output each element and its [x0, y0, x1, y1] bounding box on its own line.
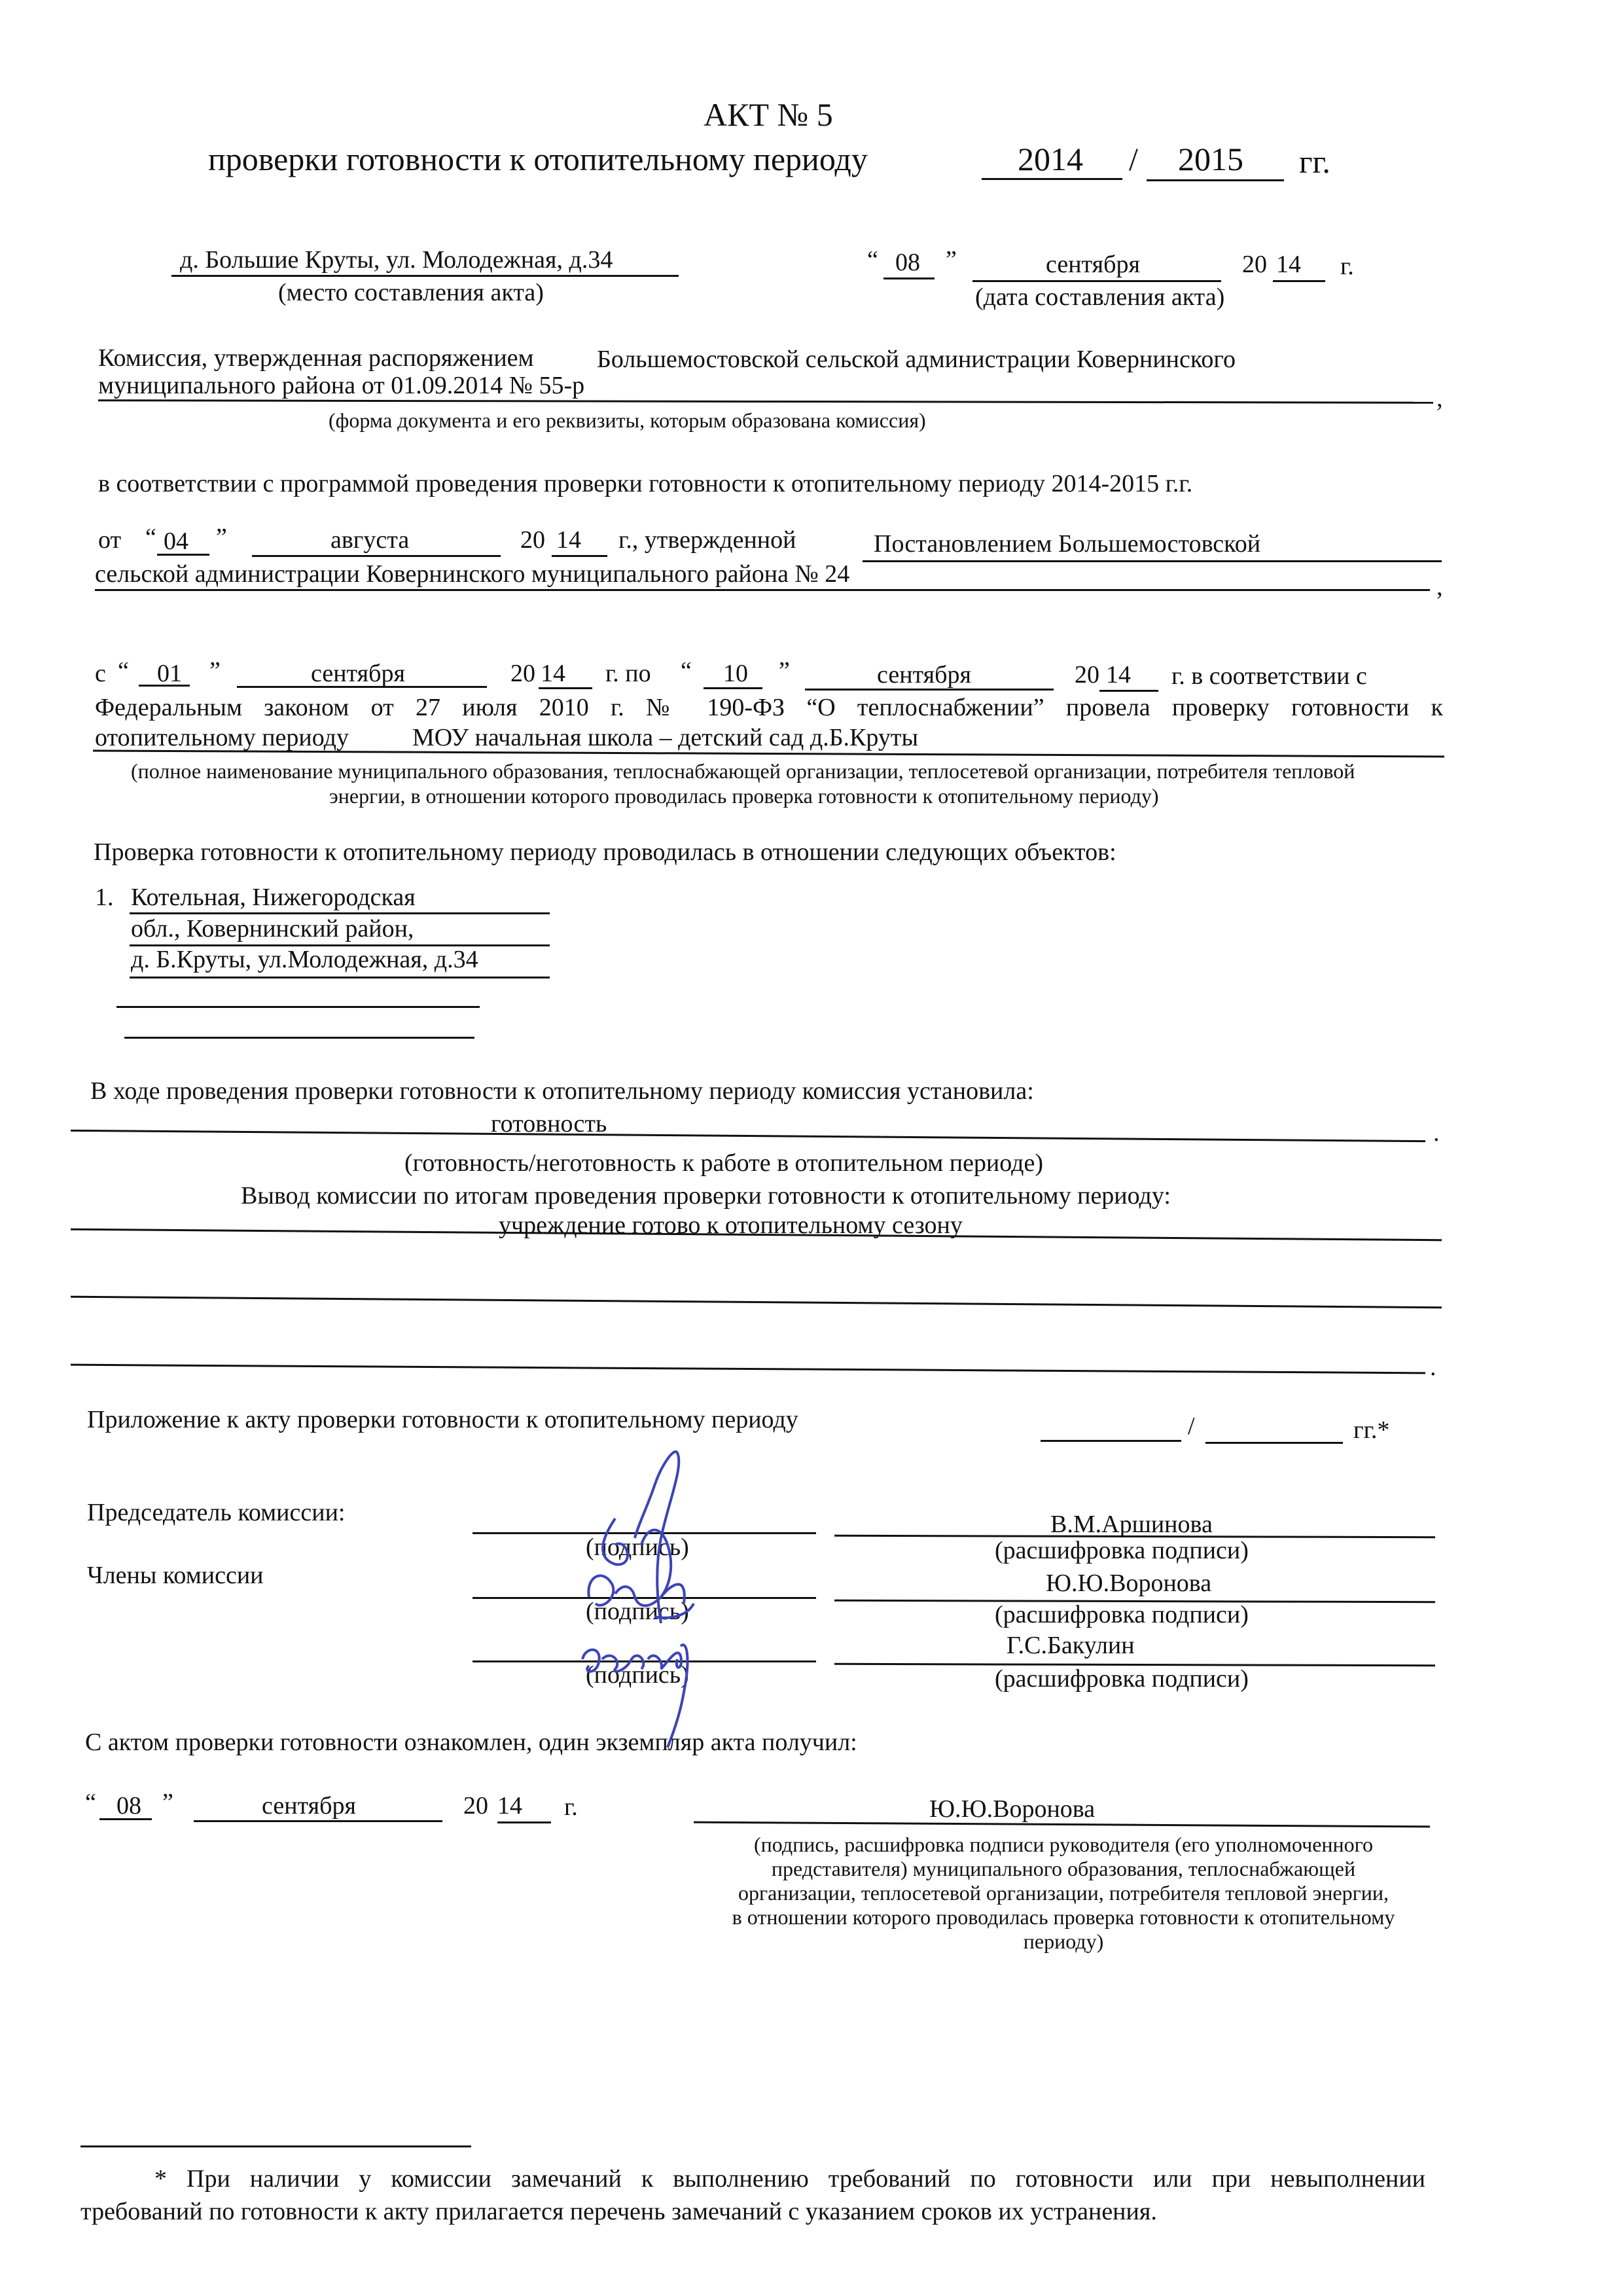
date-day: 08: [895, 250, 920, 275]
conclusion-final-mark: .: [1430, 1355, 1436, 1380]
ack-year-unit: г.: [564, 1795, 578, 1820]
object-line-3: д. Б.Круты, ул.Молодежная, д.34: [131, 947, 478, 972]
ack-caption-line-4: в отношении которого проводилась проверк…: [681, 1905, 1446, 1929]
date-month-underline: [972, 280, 1221, 282]
ack-receiver-name: Ю.Ю.Воронова: [929, 1797, 1095, 1821]
period-from-label: с: [95, 661, 106, 686]
ack-year-underline: [497, 1821, 551, 1823]
program-day: 04: [164, 529, 188, 554]
document-title: АКТ № 5: [704, 98, 833, 131]
program-approved-label: г., утвержденной: [618, 528, 796, 552]
period-to-year-underline: [1099, 690, 1158, 692]
period-to-month: сентября: [877, 662, 971, 687]
date-year-suffix: 14: [1276, 252, 1301, 277]
year-from: 2014: [1018, 143, 1083, 175]
period-to-day-underline: [704, 687, 762, 689]
ack-year-suffix: 14: [497, 1793, 522, 1818]
year-from-underline: [982, 178, 1122, 180]
ack-receiver-caption: (подпись, расшифровка подписи руководите…: [681, 1833, 1446, 1954]
date-year-unit: г.: [1340, 254, 1354, 279]
object-number: 1.: [95, 885, 114, 910]
period-from-year-suffix: 14: [541, 661, 565, 686]
program-approved-underline2: [95, 589, 1430, 591]
object-blank-line-2: [124, 1037, 474, 1039]
period-to-quote-open: “: [681, 658, 692, 683]
commission-authority-line1: Большемостовской сельской администрации …: [597, 347, 1236, 372]
period-from-year-underline: [539, 687, 592, 689]
ack-quote-open: “: [85, 1790, 96, 1815]
period-to-label: г. по: [605, 661, 651, 686]
object-line-1: Котельная, Нижегородская: [131, 885, 416, 910]
program-comma: ,: [1436, 575, 1443, 600]
acknowledgement-text: С актом проверки готовности ознакомлен, …: [85, 1730, 857, 1755]
commission-lead: Комиссия, утвержденная распоряжением: [98, 346, 534, 370]
period-from-quote-open: “: [118, 658, 129, 683]
signer-name-3: Г.С.Бакулин: [1007, 1633, 1135, 1658]
date-caption: (дата составления акта): [975, 285, 1224, 310]
findings-caption: (готовность/неготовность к работе в отоп…: [404, 1151, 1043, 1175]
period-from-month-underline: [237, 686, 487, 688]
program-approved-underline1: [863, 560, 1442, 562]
year-to-underline: [1147, 179, 1284, 181]
place-value: д. Большие Круты, ул. Молодежная, д.34: [180, 247, 613, 272]
signer-name-1: В.М.Аршинова: [1050, 1512, 1213, 1537]
appendix-text: Приложение к акту проверки готовности к …: [87, 1407, 798, 1432]
period-object-lead: отопительному периоду: [95, 725, 349, 750]
footnote-line-1: * При наличии у комиссии замечаний к вып…: [154, 2166, 1425, 2191]
document-subtitle: проверки готовности к отопительному пери…: [208, 143, 868, 175]
ack-month-underline: [194, 1820, 442, 1822]
date-year-prefix: 20: [1242, 252, 1267, 277]
objects-heading: Проверка готовности к отопительному пери…: [94, 840, 1116, 865]
name-caption-2: (расшифровка подписи): [995, 1602, 1249, 1627]
commission-comma: ,: [1436, 386, 1443, 411]
date-quote-close: ”: [946, 247, 957, 272]
findings-period-mark: .: [1433, 1121, 1440, 1145]
conclusion-underline-3: [71, 1364, 1425, 1374]
program-approved-by-line1: Постановлением Большемостовской: [874, 531, 1260, 556]
period-tail: г. в соответствии с: [1171, 664, 1367, 689]
object-line-2: обл., Ковернинский район,: [131, 916, 414, 941]
appendix-year-from-underline: [1041, 1440, 1181, 1442]
program-from-label: от: [98, 528, 121, 552]
period-from-year-prefix: 20: [510, 661, 535, 686]
ack-year-prefix: 20: [463, 1793, 488, 1818]
place-underline: [171, 275, 679, 277]
date-quote-open: “: [867, 247, 878, 272]
commission-underline: [98, 399, 1433, 404]
ack-caption-line-5: периоду): [681, 1929, 1446, 1954]
period-from-quote-close: ”: [209, 658, 221, 683]
period-to-year-prefix: 20: [1075, 662, 1099, 687]
signer-name-2: Ю.Ю.Воронова: [1046, 1571, 1211, 1596]
appendix-slash: /: [1188, 1414, 1195, 1439]
program-year-prefix: 20: [520, 528, 545, 552]
place-caption: (место составления акта): [278, 280, 544, 305]
period-to-day: 10: [723, 661, 748, 686]
object-underline-3: [130, 977, 550, 978]
program-day-underline: [157, 554, 209, 556]
period-to-quote-close: ”: [779, 658, 790, 683]
period-from-day: 01: [157, 661, 182, 686]
conclusion-heading: Вывод комиссии по итогам проведения пров…: [241, 1183, 1171, 1208]
ack-day: 08: [116, 1793, 141, 1818]
appendix-year-to-underline: [1205, 1442, 1343, 1444]
years-suffix: гг.: [1299, 145, 1330, 178]
program-approved-by-line2: сельской администрации Ковернинского мун…: [95, 562, 849, 586]
ack-quote-close: ”: [162, 1790, 173, 1815]
program-quote-open: “: [145, 525, 156, 550]
period-from-month: сентября: [311, 661, 405, 686]
year-to: 2015: [1178, 143, 1243, 175]
program-quote-close: ”: [216, 525, 227, 550]
ack-caption-line-1: (подпись, расшифровка подписи руководите…: [681, 1833, 1446, 1857]
period-caption-line2: энергии, в отношении которого проводилас…: [329, 785, 1159, 806]
members-label: Члены комиссии: [87, 1563, 264, 1588]
period-from-day-underline: [139, 685, 190, 687]
program-text: в соответствии с программой проведения п…: [98, 471, 1192, 496]
name-caption-1: (расшифровка подписи): [995, 1538, 1249, 1563]
program-year-underline: [552, 555, 607, 557]
program-month: августа: [330, 528, 409, 552]
year-slash: /: [1129, 143, 1138, 175]
findings-underline: [71, 1130, 1425, 1142]
period-to-year-suffix: 14: [1106, 662, 1131, 687]
footnote-separator: [80, 2145, 471, 2147]
ack-day-underline: [99, 1818, 152, 1820]
date-year-underline: [1273, 280, 1325, 282]
name-caption-3: (расшифровка подписи): [995, 1666, 1249, 1691]
program-year-suffix: 14: [556, 528, 581, 552]
period-law-line: Федеральным законом от 27 июля 2010 г. №…: [95, 695, 1443, 720]
footnote-line-2: требований по готовности к акту прилагае…: [80, 2199, 1157, 2224]
period-to-month-underline: [805, 689, 1054, 691]
date-day-underline: [883, 278, 935, 279]
ack-month: сентября: [262, 1793, 356, 1818]
object-underline-1: [130, 912, 550, 914]
findings-heading: В ходе проведения проверки готовности к …: [90, 1079, 1034, 1103]
appendix-suffix: гг.*: [1353, 1418, 1389, 1443]
date-month: сентября: [1046, 252, 1140, 277]
ack-caption-line-2: представителя) муниципального образовани…: [681, 1857, 1446, 1881]
conclusion-underline-2: [71, 1296, 1442, 1308]
program-month-underline: [252, 555, 501, 557]
commission-caption: (форма документа и его реквизиты, которы…: [329, 410, 926, 431]
period-caption-line1: (полное наименование муниципального обра…: [131, 761, 1355, 781]
ack-caption-line-3: организации, теплосетевой организации, п…: [681, 1881, 1446, 1905]
object-blank-line-1: [116, 1006, 480, 1008]
commission-authority-line2: муниципального района от 01.09.2014 № 55…: [98, 373, 584, 398]
chair-label: Председатель комиссии:: [87, 1500, 345, 1525]
period-organization: МОУ начальная школа – детский сад д.Б.Кр…: [412, 725, 918, 750]
